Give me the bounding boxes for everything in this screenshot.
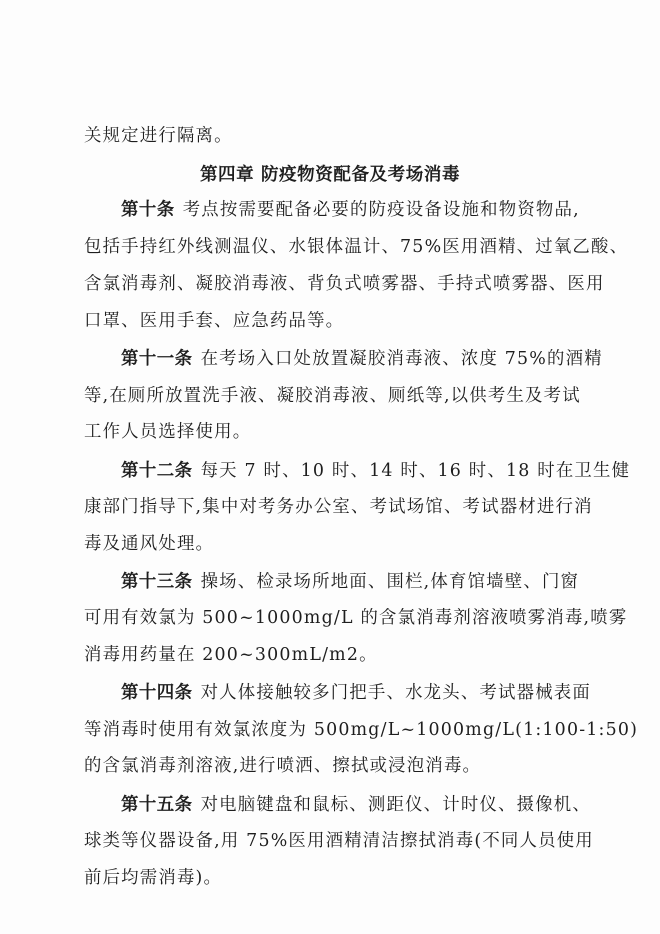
article-text: 操场、检录场所地面、围栏,体育馆墙壁、门窗 <box>201 572 580 592</box>
article-15-line-3: 前后均需消毒)。 <box>84 867 584 889</box>
article-text: 每天 7 时、10 时、14 时、16 时、18 时在卫生健 <box>201 461 631 481</box>
article-label: 第十一条 <box>121 349 193 369</box>
article-13-line-2: 可用有效氯为 500~1000mg/L 的含氯消毒剂溶液喷雾消毒,喷雾 <box>84 607 584 629</box>
article-label: 第十二条 <box>121 461 193 481</box>
article-10-line-1: 第十条考点按需要配备必要的防疫设备设施和物资物品, <box>121 199 621 221</box>
article-label: 第十条 <box>121 200 175 220</box>
chapter-heading: 第四章 防疫物资配备及考场消毒 <box>0 164 660 186</box>
article-10-line-2: 包括手持红外线测温仪、水银体温计、75%医用酒精、过氧乙酸、 <box>84 236 584 258</box>
article-label: 第十四条 <box>121 683 193 703</box>
article-11-line-2: 等,在厕所放置洗手液、凝胶消毒液、厕纸等,以供考生及考试 <box>84 385 584 407</box>
article-15-line-2: 球类等仪器设备,用 75%医用酒精清洁擦拭消毒(不同人员使用 <box>84 830 584 852</box>
article-15-line-1: 第十五条对电脑键盘和鼠标、测距仪、计时仪、摄像机、 <box>121 794 621 816</box>
article-text: 对人体接触较多门把手、水龙头、考试器械表面 <box>201 683 591 703</box>
article-text: 对电脑键盘和鼠标、测距仪、计时仪、摄像机、 <box>201 795 591 815</box>
article-14-line-3: 的含氯消毒剂溶液,进行喷洒、擦拭或浸泡消毒。 <box>84 755 584 777</box>
article-14-line-2: 等消毒时使用有效氯浓度为 500mg/L~1000mg/L(1:100-1:50… <box>84 719 584 741</box>
article-label: 第十三条 <box>121 572 193 592</box>
article-12-line-1: 第十二条每天 7 时、10 时、14 时、16 时、18 时在卫生健 <box>121 460 621 482</box>
article-13-line-3: 消毒用药量在 200~300mL/m2。 <box>84 644 584 666</box>
article-11-line-3: 工作人员选择使用。 <box>84 421 584 443</box>
article-13-line-1: 第十三条操场、检录场所地面、围栏,体育馆墙壁、门窗 <box>121 571 621 593</box>
article-14-line-1: 第十四条对人体接触较多门把手、水龙头、考试器械表面 <box>121 682 621 704</box>
article-label: 第十五条 <box>121 795 193 815</box>
article-11-line-1: 第十一条在考场入口处放置凝胶消毒液、浓度 75%的酒精 <box>121 348 621 370</box>
article-12-line-2: 康部门指导下,集中对考务办公室、考试场馆、考试器材进行消 <box>84 496 584 518</box>
article-10-line-4: 口罩、医用手套、应急药品等。 <box>84 310 584 332</box>
article-text: 考点按需要配备必要的防疫设备设施和物资物品, <box>183 200 580 220</box>
article-12-line-3: 毒及通风处理。 <box>84 533 584 555</box>
continuation-text: 关规定进行隔离。 <box>84 125 584 147</box>
article-10-line-3: 含氯消毒剂、凝胶消毒液、背负式喷雾器、手持式喷雾器、医用 <box>84 273 584 295</box>
article-text: 在考场入口处放置凝胶消毒液、浓度 75%的酒精 <box>201 349 603 369</box>
